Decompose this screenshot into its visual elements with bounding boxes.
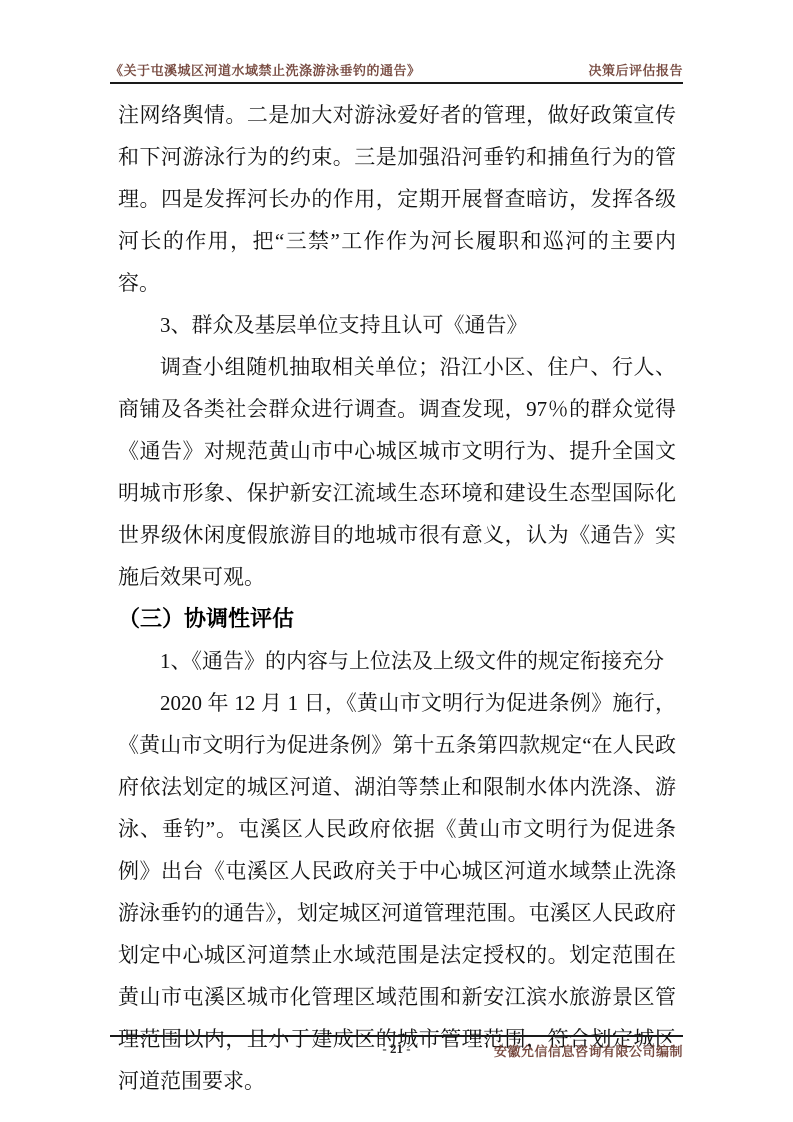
header-report-type: 决策后评估报告: [588, 60, 683, 79]
page-footer: - 21 - 安徽允信信息咨询有限公司编制: [110, 1035, 683, 1063]
item1-heading: 1、《通告》的内容与上位法及上级文件的规定衔接充分: [118, 640, 676, 682]
item3-heading: 3、群众及基层单位支持且认可《通告》: [118, 304, 676, 346]
survey-paragraph: 调查小组随机抽取相关单位；沿江小区、住户、行人、商铺及各类社会群众进行调查。调查…: [118, 346, 676, 598]
document-page: 《关于屯溪城区河道水域禁止洗涤游泳垂钓的通告》 决策后评估报告 注网络舆情。二是…: [0, 0, 793, 1122]
footer-company-credit: 安徽允信信息咨询有限公司编制: [494, 1041, 683, 1060]
continuation-paragraph: 注网络舆情。二是加大对游泳爱好者的管理，做好政策宣传和下河游泳行为的约束。三是加…: [118, 94, 676, 304]
document-body: 注网络舆情。二是加大对游泳爱好者的管理，做好政策宣传和下河游泳行为的约束。三是加…: [118, 94, 676, 1102]
header-document-title: 《关于屯溪城区河道水域禁止洗涤游泳垂钓的通告》: [110, 60, 421, 79]
section-heading-coordination: （三）协调性评估: [118, 598, 676, 640]
page-header: 《关于屯溪城区河道水域禁止洗涤游泳垂钓的通告》 决策后评估报告: [110, 60, 683, 84]
